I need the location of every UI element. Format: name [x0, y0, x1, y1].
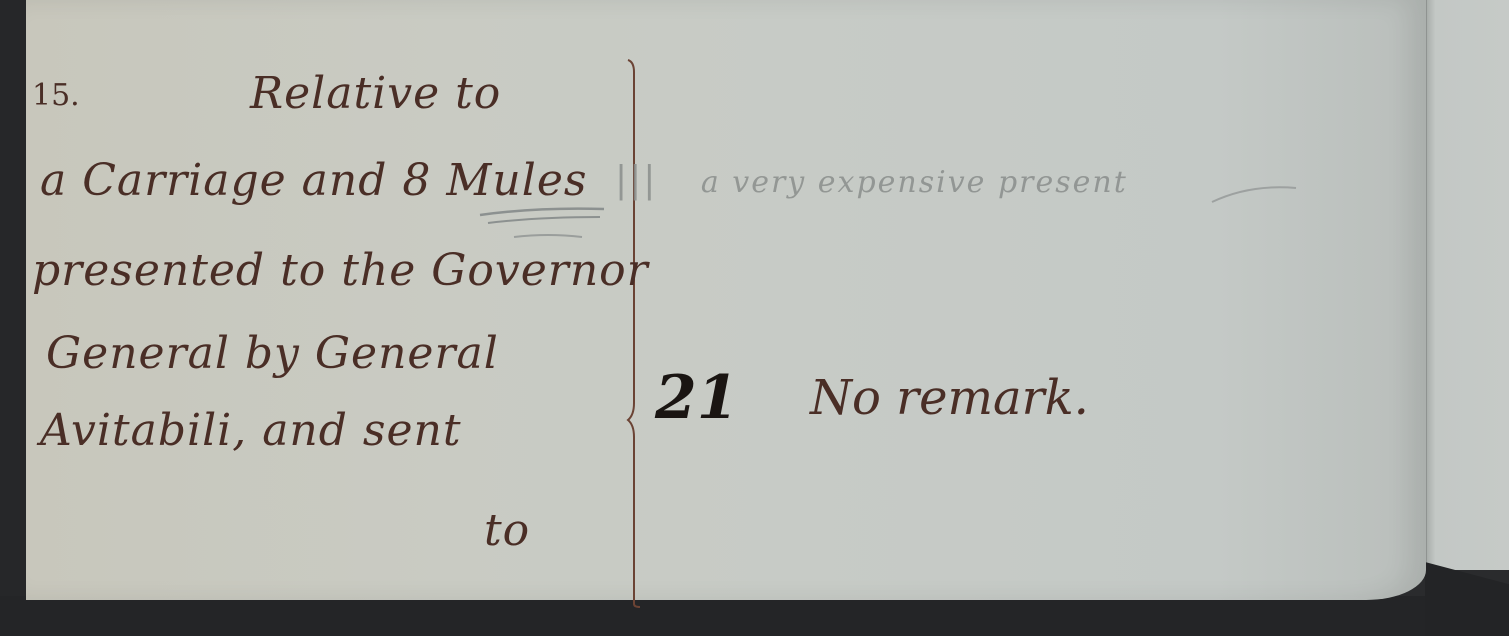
pencil-underline-icon — [478, 203, 608, 243]
entry-line-2: a Carriage and 8 Mules — [40, 155, 587, 206]
pencil-annotation-text: a very expensive present — [701, 165, 1128, 200]
entry-number: 15. — [32, 78, 80, 113]
entry-line-6: to — [484, 505, 530, 556]
pencil-annotation: ||| a very expensive present — [615, 160, 1128, 201]
document-page — [26, 0, 1426, 600]
entry-line-5: Avitabili, and sent — [40, 405, 462, 456]
entry-line-4: General by General — [46, 328, 499, 379]
reply-text: No remark. — [810, 370, 1089, 426]
reply-number: 21 — [655, 363, 739, 433]
bottom-background — [0, 596, 1509, 636]
adjacent-page-edge — [1425, 0, 1509, 570]
left-background-edge — [0, 0, 26, 636]
pencil-tally-mark: ||| — [615, 160, 657, 201]
column-divider-brace-icon — [626, 58, 650, 608]
adjacent-page-shadow — [1425, 562, 1509, 636]
entry-line-3: presented to the Governor — [32, 245, 649, 296]
entry-line-1: Relative to — [250, 68, 501, 119]
